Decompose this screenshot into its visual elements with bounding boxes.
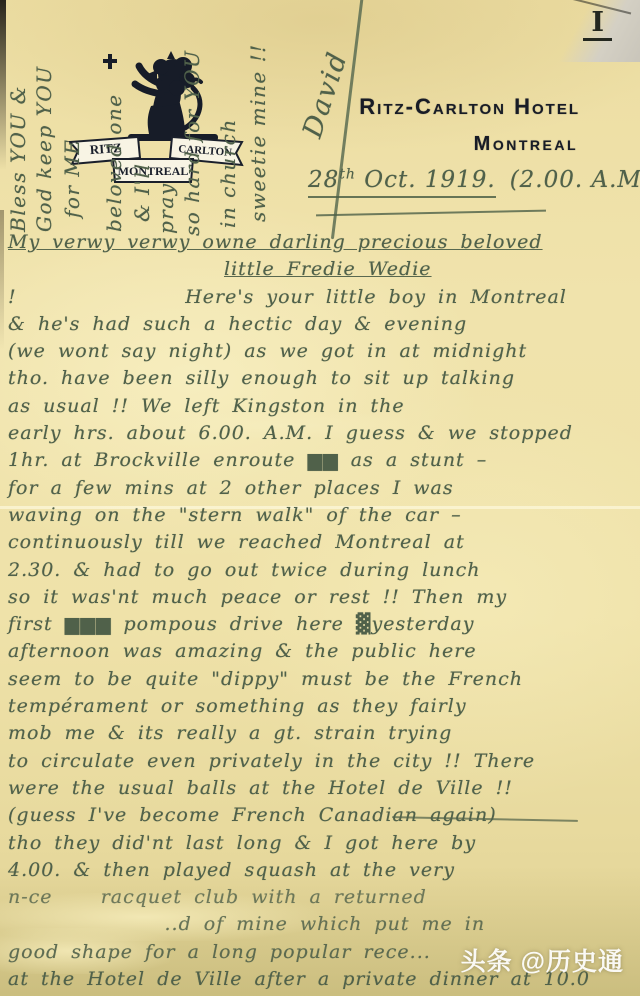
body-line: to circulate even privately in the city …	[8, 748, 638, 775]
body-line: ! Here's your little boy in Montreal	[8, 284, 638, 311]
margin-note-line: & I'll	[130, 163, 154, 222]
letter-photo: I RITZ CARLTON MONTREAL	[0, 0, 640, 996]
margin-note-line: Bless YOU &	[6, 85, 30, 232]
margin-note-line: pray	[154, 182, 178, 234]
body-line: tho. have been silly enough to sit up ta…	[8, 365, 638, 392]
body-line: mob me & its really a gt. strain trying	[8, 720, 638, 747]
body-line: ..d of mine which put me in	[8, 911, 638, 938]
body-line: for a few mins at 2 other places I was	[8, 475, 638, 502]
body-line: afternoon was amazing & the public here	[8, 638, 638, 665]
date-line: 28th Oct. 1919.(2.00. A.M.)	[308, 166, 640, 219]
time: (2.00. A.M.)	[510, 167, 640, 193]
body-line: (we wont say night) as we got in at midn…	[8, 338, 638, 365]
body-line: early hrs. about 6.00. A.M. I guess & we…	[8, 420, 638, 447]
hotel-name: Ritz-Carlton Hotel	[359, 94, 580, 120]
date: 28th Oct. 1919.	[308, 167, 496, 198]
body-line: tho they did'nt last long & I got here b…	[8, 830, 638, 857]
body-line: so it was'nt much peace or rest !! Then …	[8, 584, 638, 611]
letterhead: Ritz-Carlton Hotel Montreal	[359, 94, 580, 156]
date-rest: Oct. 1919.	[356, 167, 496, 193]
body-line: My verwy verwy owne darling precious bel…	[8, 229, 638, 256]
margin-note-line: beloved one	[102, 93, 126, 232]
body-line: as usual !! We left Kingston in the	[8, 393, 638, 420]
body-line: 1hr. at Brockville enroute ▆▆ as a stunt…	[8, 447, 638, 474]
cross-icon	[103, 54, 117, 69]
margin-note-line: sweetie mine !!	[246, 43, 270, 222]
body-line: continuously till we reached Montreal at	[8, 529, 638, 556]
body-line: (guess I've become French Canadian again…	[8, 802, 638, 829]
body-line: & he's had such a hectic day & evening	[8, 311, 638, 338]
margin-note-line: in church	[216, 118, 240, 228]
body-line: little Fredie Wedie	[8, 256, 638, 283]
date-day: 28	[308, 167, 339, 193]
margin-note-line: for ME	[60, 139, 84, 218]
body-line: were the usual balls at the Hotel de Vil…	[8, 775, 638, 802]
page-number: I	[583, 8, 612, 41]
paper-edge-shadow-left2	[0, 210, 4, 350]
body-line: tempérament or something as they fairly	[8, 693, 638, 720]
toutiao-watermark: 头条 @历史通	[461, 942, 624, 978]
body-line: first ▆▆▆ pompous drive here ▓yesterday	[8, 611, 638, 638]
body-line: seem to be quite "dippy" must be the Fre…	[8, 666, 638, 693]
hotel-city: Montreal	[359, 133, 578, 156]
margin-note-line: so hard for YOU	[180, 49, 204, 236]
body-line: n-ce racquet club with a returned	[8, 884, 638, 911]
body-line: 4.00. & then played squash at the very	[8, 857, 638, 884]
margin-note-line: God keep YOU	[32, 65, 56, 232]
body-line: 2.30. & had to go out twice during lunch	[8, 557, 638, 584]
date-day-suffix: th	[339, 166, 356, 182]
signature-david: David	[297, 47, 354, 141]
body-line: waving on the "stern walk" of the car –	[8, 502, 638, 529]
letter-body: My verwy verwy owne darling precious bel…	[8, 229, 638, 993]
